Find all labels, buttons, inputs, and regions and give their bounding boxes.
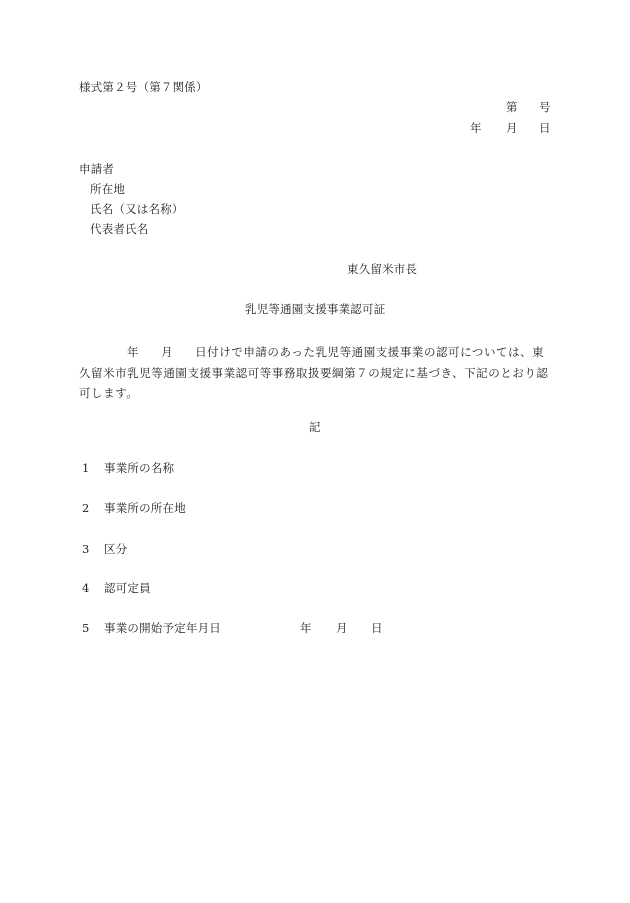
reference-dai: 第 [506, 102, 518, 114]
item-number: 1 [82, 463, 104, 475]
item-label: 事業の開始予定年月日 [104, 621, 221, 635]
body-year: 年 [127, 345, 139, 359]
start-date-month: 月 [336, 623, 348, 635]
ki-heading: 記 [309, 422, 321, 434]
item-label: 区分 [104, 542, 127, 556]
issuer: 東久留米市長 [347, 264, 417, 276]
applicant-address-label: 所在地 [90, 184, 125, 196]
document-title: 乳児等通園支援事業認可証 [245, 304, 385, 316]
body-text: 日付けで申請のあった乳児等通園支援事業の認可については、東久留米市乳児等通園支援… [79, 345, 549, 400]
item-number: 3 [82, 544, 104, 556]
item-1: 1事業所の名称 [82, 463, 174, 475]
body-month: 月 [161, 345, 173, 359]
body-paragraph: 年月日付けで申請のあった乳児等通園支援事業の認可については、東久留米市乳児等通園… [79, 342, 554, 404]
applicant-heading: 申請者 [79, 164, 114, 176]
item-number: 5 [82, 623, 104, 635]
form-number: 様式第２号（第７関係） [79, 82, 208, 94]
item-label: 認可定員 [104, 581, 151, 595]
date-year: 年 [470, 123, 482, 135]
start-date-day: 日 [371, 623, 383, 635]
item-label: 事業所の所在地 [104, 501, 186, 515]
item-2: 2事業所の所在地 [82, 503, 186, 515]
reference-go: 号 [539, 102, 551, 114]
item-5: 5事業の開始予定年月日 [82, 623, 221, 635]
item-label: 事業所の名称 [104, 461, 174, 475]
applicant-name-label: 氏名（又は名称） [90, 204, 184, 216]
applicant-representative-label: 代表者氏名 [90, 224, 149, 236]
item-3: 3区分 [82, 544, 127, 556]
start-date-year: 年 [300, 623, 312, 635]
item-4: 4認可定員 [82, 583, 151, 595]
date-month: 月 [506, 123, 518, 135]
item-number: 4 [82, 583, 104, 595]
item-number: 2 [82, 503, 104, 515]
date-day: 日 [539, 123, 551, 135]
